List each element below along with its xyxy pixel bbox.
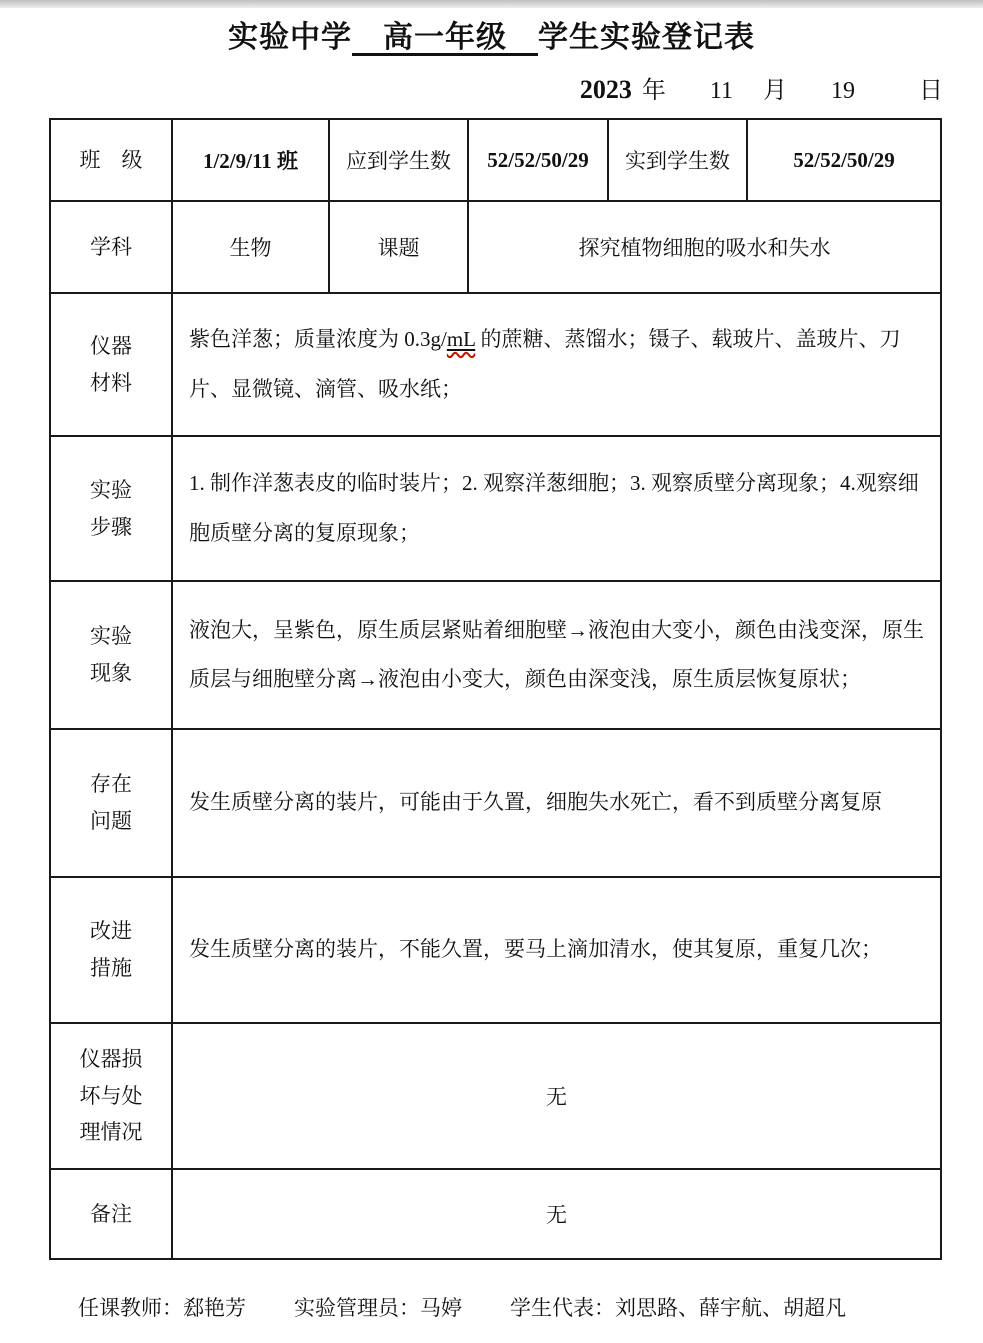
steps-content: 1. 制作洋葱表皮的临时装片；2. 观察洋葱细胞；3. 观察质壁分离现象；4.观… xyxy=(172,436,941,581)
title-form-name: 学生实验登记表 xyxy=(538,21,755,54)
phenomena-label: 实验 现象 xyxy=(50,581,172,729)
lab-manager-label: 实验管理员： xyxy=(294,1296,420,1320)
subject-label: 学科 xyxy=(50,201,172,293)
expected-students-label: 应到学生数 xyxy=(329,119,468,201)
expected-students-value: 52/52/50/29 xyxy=(468,119,608,201)
date-line: 2023年11月19日 xyxy=(580,70,943,105)
table-row-steps: 实验 步骤 1. 制作洋葱表皮的临时装片；2. 观察洋葱细胞；3. 观察质壁分离… xyxy=(50,436,941,581)
date-day-unit: 日 xyxy=(919,78,943,104)
damage-label: 仪器损 坏与处 理情况 xyxy=(50,1023,172,1169)
table-row-equipment: 仪器 材料 紫色洋葱；质量浓度为 0.3g/mL 的蔗糖、蒸馏水；镊子、载玻片、… xyxy=(50,293,941,436)
actual-students-value: 52/52/50/29 xyxy=(747,119,941,201)
student-representatives-names: 刘思路、薛宇航、胡超凡 xyxy=(615,1296,846,1320)
remarks-content: 无 xyxy=(172,1169,941,1259)
equipment-content: 紫色洋葱；质量浓度为 0.3g/mL 的蔗糖、蒸馏水；镊子、载玻片、盖玻片、刀片… xyxy=(172,293,941,436)
spellcheck-underline: mL xyxy=(447,327,475,351)
subject-value: 生物 xyxy=(172,201,329,293)
table-row-phenomena: 实验 现象 液泡大，呈紫色，原生质层紧贴着细胞壁→液泡由大变小，颜色由浅变深，原… xyxy=(50,581,941,729)
title-school: 实验中学 xyxy=(228,21,352,54)
page-top-edge xyxy=(0,0,983,8)
table-row-class: 班 级 1/2/9/11 班 应到学生数 52/52/50/29 实到学生数 5… xyxy=(50,119,941,201)
improvements-label: 改进 措施 xyxy=(50,877,172,1023)
topic-label: 课题 xyxy=(329,201,468,293)
equipment-label: 仪器 材料 xyxy=(50,293,172,436)
lab-manager-name: 马婷 xyxy=(420,1296,462,1320)
teacher-label: 任课教师： xyxy=(78,1296,183,1320)
experiment-registration-table: 班 级 1/2/9/11 班 应到学生数 52/52/50/29 实到学生数 5… xyxy=(49,118,942,1260)
class-label: 班 级 xyxy=(50,119,172,201)
problems-content: 发生质壁分离的装片，可能由于久置，细胞失水死亡，看不到质壁分离复原 xyxy=(172,729,941,877)
equipment-text-before: 紫色洋葱；质量浓度为 0.3g/ xyxy=(189,327,447,351)
problems-label: 存在 问题 xyxy=(50,729,172,877)
remarks-label: 备注 xyxy=(50,1169,172,1259)
table-row-remarks: 备注 无 xyxy=(50,1169,941,1259)
table-row-subject: 学科 生物 课题 探究植物细胞的吸水和失水 xyxy=(50,201,941,293)
date-month-unit: 月 xyxy=(763,78,787,104)
table-row-damage: 仪器损 坏与处 理情况 无 xyxy=(50,1023,941,1169)
steps-label: 实验 步骤 xyxy=(50,436,172,581)
table-row-improvements: 改进 措施 发生质壁分离的装片，不能久置，要马上滴加清水，使其复原，重复几次； xyxy=(50,877,941,1023)
document-title: 实验中学 高一年级 学生实验登记表 xyxy=(0,12,983,56)
table-row-problems: 存在 问题 发生质壁分离的装片，可能由于久置，细胞失水死亡，看不到质壁分离复原 xyxy=(50,729,941,877)
improvements-content: 发生质壁分离的装片，不能久置，要马上滴加清水，使其复原，重复几次； xyxy=(172,877,941,1023)
date-day: 19 xyxy=(831,78,855,104)
damage-content: 无 xyxy=(172,1023,941,1169)
teacher-name: 郄艳芳 xyxy=(183,1296,246,1320)
date-year-unit: 年 xyxy=(642,78,666,104)
title-grade-underlined: 高一年级 xyxy=(352,21,538,54)
actual-students-label: 实到学生数 xyxy=(608,119,747,201)
signature-line: 任课教师：郄艳芳实验管理员：马婷学生代表：刘思路、薛宇航、胡超凡 xyxy=(78,1292,846,1322)
class-value: 1/2/9/11 班 xyxy=(172,119,329,201)
topic-value: 探究植物细胞的吸水和失水 xyxy=(468,201,941,293)
date-year: 2023 xyxy=(580,75,632,104)
date-month: 11 xyxy=(710,78,733,104)
equipment-unit-ml: mL xyxy=(447,327,475,351)
student-representatives-label: 学生代表： xyxy=(510,1296,615,1320)
phenomena-content: 液泡大，呈紫色，原生质层紧贴着细胞壁→液泡由大变小，颜色由浅变深，原生质层与细胞… xyxy=(172,581,941,729)
